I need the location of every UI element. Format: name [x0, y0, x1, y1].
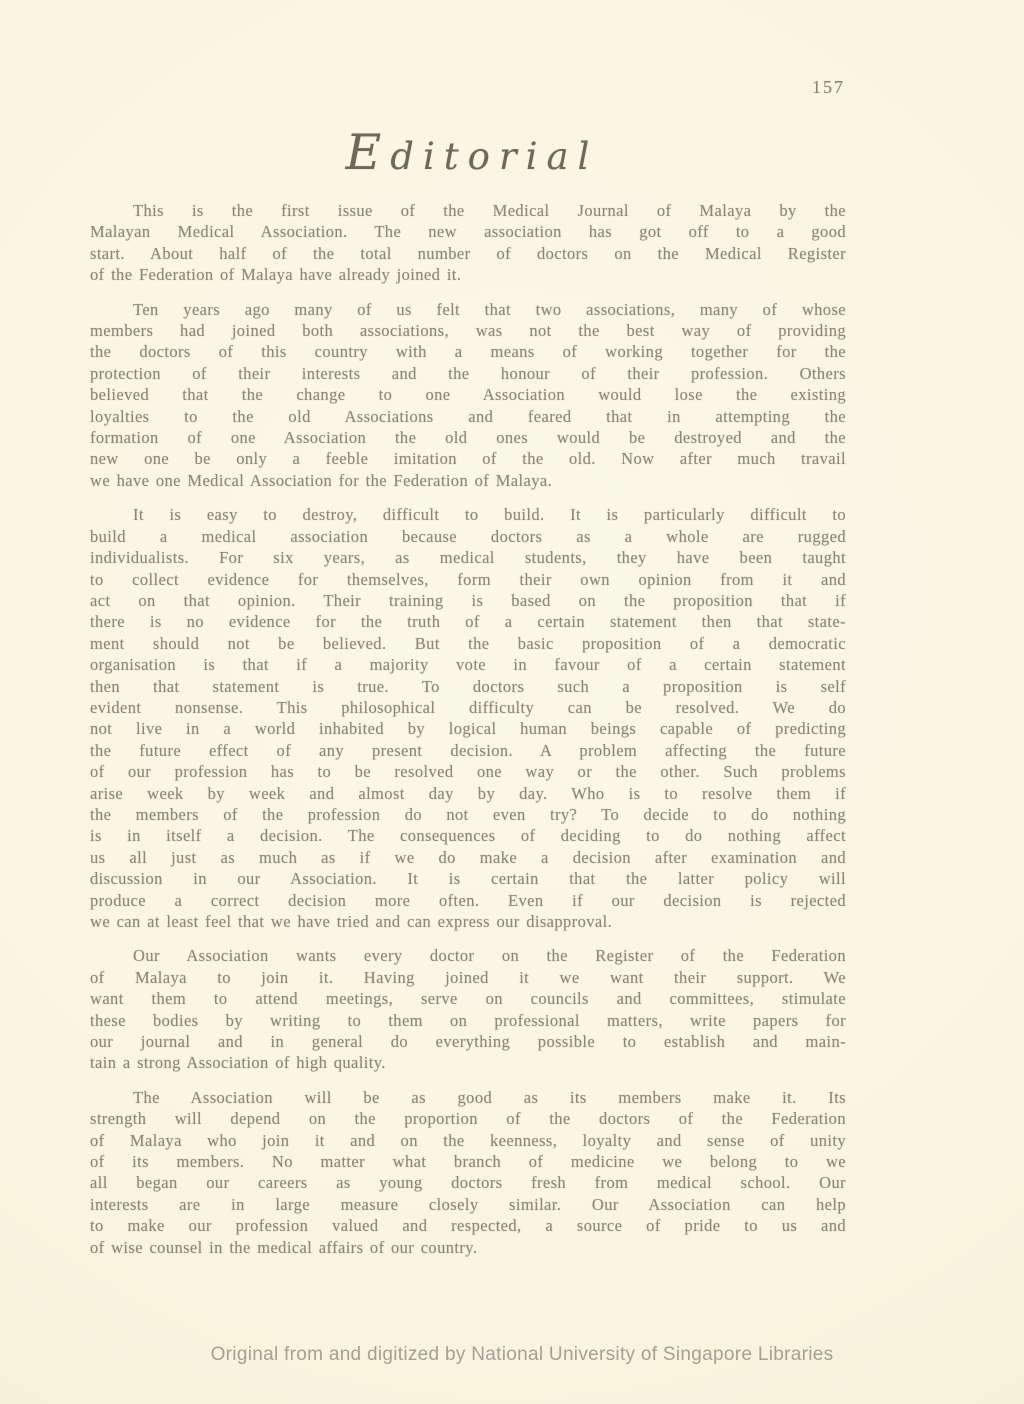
page-number: 157: [812, 77, 845, 98]
text-line: individualists. For six years, as medica…: [90, 547, 846, 568]
text-line: want them to attend meetings, serve on c…: [90, 988, 846, 1009]
text-line: to collect evidence for themselves, form…: [90, 569, 846, 590]
text-line: of the Federation of Malaya have already…: [90, 264, 846, 285]
paragraph: Our Association wants every doctor on th…: [90, 945, 846, 1073]
text-line: Ten years ago many of us felt that two a…: [90, 299, 846, 320]
text-line: of Malaya who join it and on the keennes…: [90, 1130, 846, 1151]
text-line: then that statement is true. To doctors …: [90, 676, 846, 697]
text-line: of our profession has to be resolved one…: [90, 761, 846, 782]
text-line: these bodies by writing to them on profe…: [90, 1010, 846, 1031]
text-line: act on that opinion. Their training is b…: [90, 590, 846, 611]
text-line: the members of the profession do not eve…: [90, 804, 846, 825]
text-line: we can at least feel that we have tried …: [90, 911, 846, 932]
paragraph: The Association will be as good as its m…: [90, 1087, 846, 1258]
scanned-page: 157 Editorial This is the first issue of…: [0, 0, 1024, 1404]
text-line: all began our careers as young doctors f…: [90, 1172, 846, 1193]
text-line: we have one Medical Association for the …: [90, 470, 846, 491]
text-line: of its members. No matter what branch of…: [90, 1151, 846, 1172]
page-title: Editorial: [0, 124, 944, 181]
text-line: strength will depend on the proportion o…: [90, 1108, 846, 1129]
text-line: Our Association wants every doctor on th…: [90, 945, 846, 966]
text-line: of wise counsel in the medical affairs o…: [90, 1237, 846, 1258]
text-line: us all just as much as if we do make a d…: [90, 847, 846, 868]
digitization-footer: Original from and digitized by National …: [0, 1344, 1024, 1366]
text-line: of Malaya to join it. Having joined it w…: [90, 967, 846, 988]
text-line: there is no evidence for the truth of a …: [90, 611, 846, 632]
text-line: evident nonsense. This philosophical dif…: [90, 697, 846, 718]
editorial-body: This is the first issue of the Medical J…: [90, 200, 846, 1258]
text-line: the future effect of any present decisio…: [90, 740, 846, 761]
paragraph: It is easy to destroy, difficult to buil…: [90, 504, 846, 932]
text-line: members had joined both associations, wa…: [90, 320, 846, 341]
text-line: not live in a world inhabited by logical…: [90, 718, 846, 739]
text-line: to make our profession valued and respec…: [90, 1215, 846, 1236]
text-line: new one be only a feeble imitation of th…: [90, 448, 846, 469]
text-line: loyalties to the old Associations and fe…: [90, 406, 846, 427]
text-line: This is the first issue of the Medical J…: [90, 200, 846, 221]
paragraph: This is the first issue of the Medical J…: [90, 200, 846, 286]
text-line: interests are in large measure closely s…: [90, 1194, 846, 1215]
paragraph: Ten years ago many of us felt that two a…: [90, 299, 846, 492]
text-line: is in itself a decision. The consequence…: [90, 825, 846, 846]
text-line: The Association will be as good as its m…: [90, 1087, 846, 1108]
text-line: start. About half of the total number of…: [90, 243, 846, 264]
text-line: organisation is that if a majority vote …: [90, 654, 846, 675]
text-line: formation of one Association the old one…: [90, 427, 846, 448]
text-line: tain a strong Association of high qualit…: [90, 1052, 846, 1073]
text-line: build a medical association because doct…: [90, 526, 846, 547]
text-line: It is easy to destroy, difficult to buil…: [90, 504, 846, 525]
text-line: our journal and in general do everything…: [90, 1031, 846, 1052]
text-line: protection of their interests and the ho…: [90, 363, 846, 384]
text-line: believed that the change to one Associat…: [90, 384, 846, 405]
text-line: Malayan Medical Association. The new ass…: [90, 221, 846, 242]
text-line: the doctors of this country with a means…: [90, 341, 846, 362]
text-line: produce a correct decision more often. E…: [90, 890, 846, 911]
text-line: discussion in our Association. It is cer…: [90, 868, 846, 889]
text-line: ment should not be believed. But the bas…: [90, 633, 846, 654]
text-line: arise week by week and almost day by day…: [90, 783, 846, 804]
